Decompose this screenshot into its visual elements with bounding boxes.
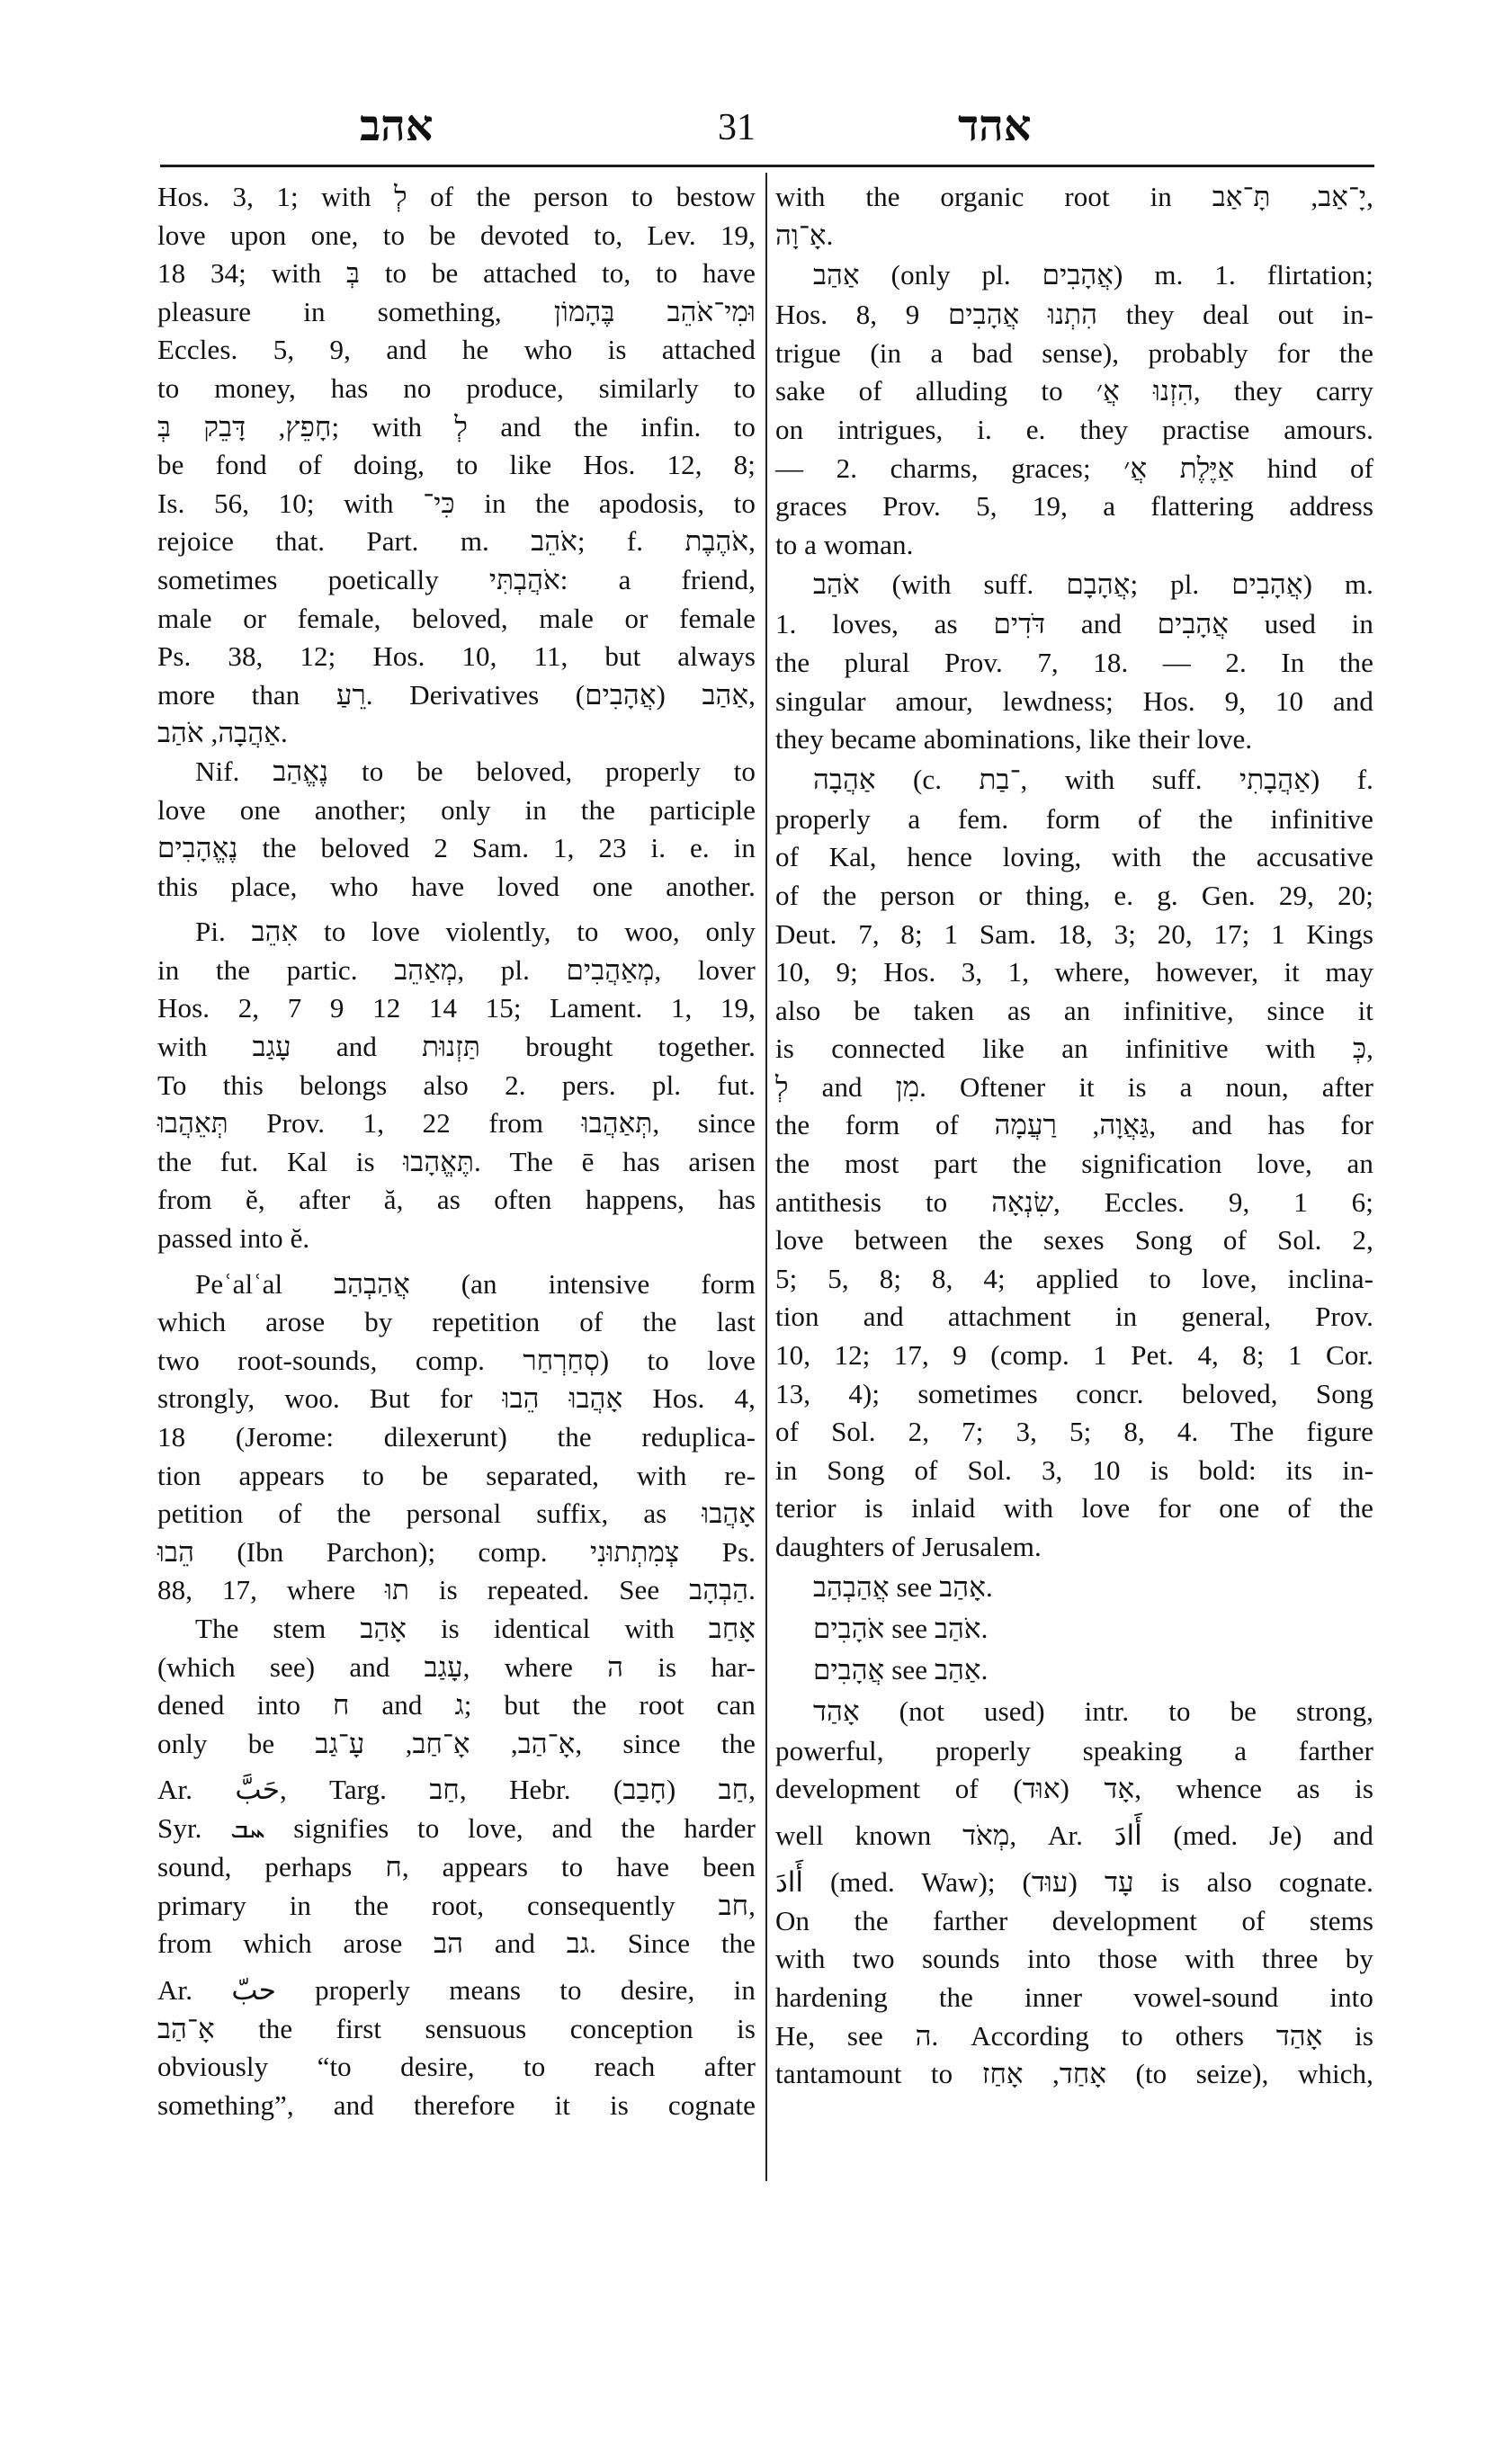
- text-line: male or female, beloved, male or female: [157, 600, 756, 639]
- text-line: Ar. حبّ properly means to desire, in: [157, 1963, 756, 2010]
- text-line: tantamount to אָחַד, אָחַז (to seize), w…: [775, 2055, 1373, 2094]
- entry-ahab-flirtation: אַהַב (only pl. אֲהָבִים) m. 1. flirtati…: [775, 255, 1373, 296]
- text-line: with the organic root in יָ־אַב, תָּ־אַב…: [775, 178, 1373, 217]
- text-line: pleasure in something, וּמִי־אֹהֵב בֶּהָ…: [157, 293, 756, 332]
- text-line: Eccles. 5, 9, and he who is attached: [157, 331, 756, 370]
- text-line: passed into ĕ.: [157, 1220, 756, 1258]
- text-line: 88, 17, where תוּ is repeated. See הַבְה…: [157, 1571, 756, 1610]
- subentry-nif: Nif. נֶאֱהַב to be beloved, properly to: [157, 753, 756, 791]
- text-line: Ps. 38, 12; Hos. 10, 11, but always: [157, 638, 756, 676]
- text-line: 5; 5, 8; 8, 4; applied to love, inclina-: [775, 1260, 1373, 1299]
- text-line: 1. loves, as דֹּדִים and אֲהָבִים used i…: [775, 605, 1373, 644]
- text-line: terior is inlaid with love for one of th…: [775, 1489, 1373, 1528]
- entry-ahabah-love: אַהֲבָה (c. ־בַת, with suff. אַהֲבָתִי) …: [775, 759, 1373, 800]
- text-line: powerful, properly speaking a farther: [775, 1732, 1373, 1771]
- text-line: (which see) and עָגַב, where ה is har-: [157, 1649, 756, 1687]
- text-line: Hos. 3, 1; with לְ of the person to best…: [157, 178, 756, 217]
- entry-ohab-loves: אֹהַב (with suff. אֲהָבָם; pl. אֲהָבִים)…: [775, 564, 1373, 605]
- running-head-right-catchword: אהד: [958, 101, 1032, 151]
- page-number: 31: [718, 106, 756, 149]
- text-line: To this belongs also 2. pers. pl. fut.: [157, 1067, 756, 1105]
- text-line: the form of גַּאֲוָה, רַעֲמָה, and has f…: [775, 1106, 1373, 1145]
- text-line: 13, 4); sometimes concr. beloved, Song: [775, 1375, 1373, 1414]
- text-line: Hos. 8, 9 הִתְנוּ אֲהָבִים they deal out…: [775, 296, 1373, 335]
- text-line: On the farther development of stems: [775, 1902, 1373, 1941]
- text-line: singular amour, lewdness; Hos. 9, 10 and: [775, 683, 1373, 721]
- text-line: 18 34; with בְּ to be attached to, to ha…: [157, 255, 756, 293]
- text-line: properly a fem. form of the infinitive: [775, 800, 1373, 839]
- text-line: rejoice that. Part. m. אֹהֵב; f. אֹהֶבֶת…: [157, 523, 756, 561]
- text-line: dened into ח and ג; but the root can: [157, 1686, 756, 1725]
- text-line: with two sounds into those with three by: [775, 1940, 1373, 1979]
- text-line: He, see ה. According to others אָהַד is: [775, 2017, 1373, 2056]
- text-line: הֵבוּ (Ibn Parchon); comp. צְמִתְתוּנִי …: [157, 1533, 756, 1572]
- text-line: they became abominations, like their lov…: [775, 720, 1373, 759]
- text-line: אָ־הַב the first sensuous conception is: [157, 2010, 756, 2049]
- text-line: — 2. charms, graces; אַיֶּלֶת אֲ׳ hind o…: [775, 450, 1373, 488]
- cross-reference-entry: אֲהָבִים see אַהַב.: [775, 1650, 1373, 1691]
- text-line: the most part the signification love, an: [775, 1145, 1373, 1184]
- running-head-left-catchword: אהב: [360, 101, 434, 151]
- entry-ahad-strong: אָהַד (not used) intr. to be strong,: [775, 1691, 1373, 1732]
- text-line: also be taken as an infinitive, since it: [775, 992, 1373, 1031]
- text-line: hardening the inner vowel-sound into: [775, 1979, 1373, 2017]
- text-line: which arose by repetition of the last: [157, 1303, 756, 1342]
- text-line: תְּאֵהֲבוּ Prov. 1, 22 from תְּאַהֲבוּ, …: [157, 1104, 756, 1143]
- text-line: 18 (Jerome: dilexerunt) the reduplica-: [157, 1418, 756, 1457]
- left-column: Hos. 3, 1; with לְ of the person to best…: [157, 178, 756, 2125]
- text-line: אַהֲבָה, אֹהַב.: [157, 714, 756, 753]
- column-divider: [765, 173, 767, 2181]
- paragraph-stem: The stem אָהַב is identical with אָחַב: [157, 1610, 756, 1649]
- text-line: be fond of doing, to like Hos. 12, 8;: [157, 446, 756, 485]
- text-line: primary in the root, consequently חב,: [157, 1887, 756, 1926]
- header-rule: [160, 165, 1374, 167]
- text-line: something”, and therefore it is cognate: [157, 2087, 756, 2125]
- text-line: strongly, woo. But for אָהֲבוּ הֵבוּ Hos…: [157, 1380, 756, 1418]
- text-line: the plural Prov. 7, 18. — 2. In the: [775, 644, 1373, 683]
- text-line: to money, has no produce, similarly to: [157, 370, 756, 408]
- text-line: Ar. حَبَّ, Targ. חַב, Hebr. חַב (חָבַב),: [157, 1763, 756, 1810]
- text-line: of Sol. 2, 7; 3, 5; 8, 4. The figure: [775, 1413, 1373, 1452]
- text-line: Deut. 7, 8; 1 Sam. 18, 3; 20, 17; 1 King…: [775, 916, 1373, 954]
- text-line: אָ־וָה.: [775, 217, 1373, 255]
- text-line: only be אָ־הַב, אָ־חַב, עָ־גַב, since th…: [157, 1725, 756, 1764]
- text-line: trigue (in a bad sense), probably for th…: [775, 335, 1373, 373]
- text-line: love upon one, to be devoted to, Lev. 19…: [157, 217, 756, 255]
- cross-reference-entry: אֹהָבִים see אֹהַב.: [775, 1608, 1373, 1650]
- text-line: love between the sexes Song of Sol. 2,: [775, 1221, 1373, 1260]
- text-line: two root-sounds, comp. סְחַרְחַר) to lov…: [157, 1342, 756, 1381]
- subentry-pealal: Peʿalʿal אֲהַבְהַב (an intensive form: [157, 1265, 756, 1304]
- text-line: with עָגַב and תַּזְנוּת brought togethe…: [157, 1028, 756, 1067]
- text-line: sound, perhaps ח, appears to have been: [157, 1848, 756, 1887]
- text-line: Is. 56, 10; with כִּי־ in the apodosis, …: [157, 485, 756, 523]
- text-line: 10, 9; Hos. 3, 1, where, however, it may: [775, 953, 1373, 992]
- text-line: more than רֵעַ. Derivatives אַהַב (אֲהָב…: [157, 676, 756, 715]
- text-line: of Kal, hence loving, with the accusativ…: [775, 838, 1373, 877]
- text-line: from ĕ, after ă, as often happens, has: [157, 1181, 756, 1220]
- text-line: sometimes poetically אֹהֲבְתִּי: a frien…: [157, 561, 756, 600]
- running-head: אהב 31 אהד: [157, 101, 1372, 164]
- text-line: أَادَ (med. Waw); עָד (עוּד) is also cog…: [775, 1855, 1373, 1902]
- text-line: of the person or thing, e. g. Gen. 29, 2…: [775, 877, 1373, 916]
- text-line: Hos. 2, 7 9 12 14 15; Lament. 1, 19,: [157, 989, 756, 1028]
- text-line: 10, 12; 17, 9 (comp. 1 Pet. 4, 8; 1 Cor.: [775, 1337, 1373, 1375]
- subentry-pi: Pi. אִהֵב to love violently, to woo, onl…: [157, 913, 756, 952]
- text-line: graces Prov. 5, 19, a flattering address: [775, 487, 1373, 526]
- text-line: Syr. ܚܒ signifies to love, and the harde…: [157, 1810, 756, 1848]
- right-column: with the organic root in יָ־אַב, תָּ־אַב…: [775, 178, 1373, 2094]
- text-line: in Song of Sol. 3, 10 is bold: its in-: [775, 1452, 1373, 1490]
- text-line: tion and attachment in general, Prov.: [775, 1298, 1373, 1337]
- text-line: petition of the personal suffix, as אָהֲ…: [157, 1495, 756, 1533]
- text-line: antithesis to שִׂנְאָה, Eccles. 9, 1 6;: [775, 1184, 1373, 1222]
- text-line: חָפֵץ, דָּבֵק בְּ; with לְ and the infin…: [157, 408, 756, 447]
- text-line: לְ and מִן. Oftener it is a noun, after: [775, 1069, 1373, 1107]
- text-line: daughters of Jerusalem.: [775, 1528, 1373, 1567]
- cross-reference-entry: אֲהַבְהַב see אָהַב.: [775, 1567, 1373, 1608]
- text-line: well known מְאֹד, Ar. أَادَ (med. Je) an…: [775, 1809, 1373, 1855]
- text-line: is connected like an infinitive with כְּ…: [775, 1030, 1373, 1069]
- text-line: the fut. Kal is תֶּאֱהָבוּ. The ē has ar…: [157, 1143, 756, 1182]
- text-line: from which arose הב and גב. Since the: [157, 1925, 756, 1963]
- text-line: sake of alluding to הִזְנוּ אֲ׳, they ca…: [775, 372, 1373, 411]
- text-line: this place, who have loved one another.: [157, 868, 756, 907]
- text-line: development of אָד (אוּד), whence as is: [775, 1770, 1373, 1809]
- text-line: obviously “to desire, to reach after: [157, 2048, 756, 2087]
- text-line: love one another; only in the participle: [157, 791, 756, 830]
- text-line: in the partic. מְאַהֵב, pl. מְאַהֲבִים, …: [157, 952, 756, 990]
- text-line: to a woman.: [775, 526, 1373, 565]
- text-line: on intrigues, i. e. they practise amours…: [775, 411, 1373, 450]
- text-line: tion appears to be separated, with re-: [157, 1457, 756, 1496]
- text-line: נֶאֱהָבִים the beloved 2 Sam. 1, 23 i. e…: [157, 829, 756, 868]
